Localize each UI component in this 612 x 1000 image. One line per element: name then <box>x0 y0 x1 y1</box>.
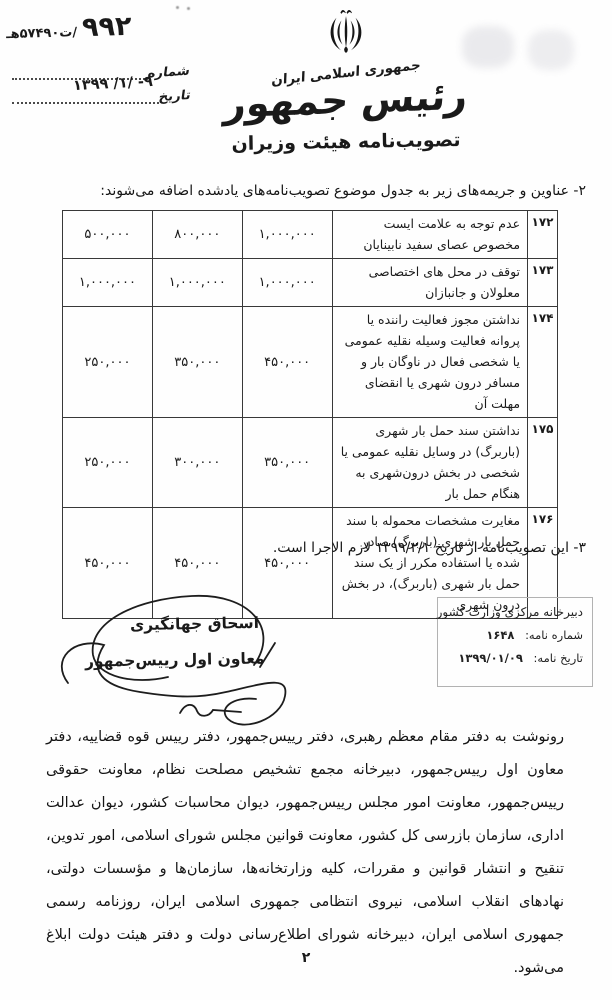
stamp-date-label: تاریخ نامه: <box>534 651 583 665</box>
fine-amount-cell: ۱,۰۰۰,۰۰۰ <box>152 259 242 307</box>
violation-description-cell: توقف در محل های اختصاصی معلولان و جانباز… <box>332 259 527 307</box>
fine-amount-cell: ۵۰۰,۰۰۰ <box>63 211 153 259</box>
fine-amount-cell: ۱,۰۰۰,۰۰۰ <box>242 259 332 307</box>
signer-title: معاون اول رییس‌جمهور <box>85 649 265 670</box>
registry-stamp: دبیرخانه مرکزی وزارت کشور شماره نامه: ۱۶… <box>437 597 593 687</box>
distribution-note: رونوشت به دفتر مقام معظم رهبری، دفتر ریی… <box>46 721 564 985</box>
stamp-date-value: ۱۳۹۹/۰۱/۰۹ <box>458 651 523 665</box>
fine-amount-cell: ۱,۰۰۰,۰۰۰ <box>63 259 153 307</box>
fine-amount-cell: ۳۰۰,۰۰۰ <box>152 418 242 508</box>
stamp-date-row: تاریخ نامه: ۱۳۹۹/۰۱/۰۹ <box>442 651 583 665</box>
fine-amount-cell: ۳۵۰,۰۰۰ <box>242 418 332 508</box>
row-number-cell: ۱۷۴ <box>528 307 558 418</box>
signer-name: اسحاق جهانگیری <box>130 614 259 634</box>
row-number-cell: ۱۷۲ <box>528 211 558 259</box>
table-row: ۱۷۲ عدم توجه به علامت ایست مخصوص عصای سف… <box>63 211 558 259</box>
violation-description-cell: نداشتن مجوز فعالیت راننده یا پروانه فعال… <box>332 307 527 418</box>
fine-amount-cell: ۳۵۰,۰۰۰ <box>152 307 242 418</box>
fine-amount-cell: ۲۵۰,۰۰۰ <box>63 307 153 418</box>
ref-number-suffix: /ت۵۷۴۹۰هـ <box>6 25 77 42</box>
violation-description-cell: عدم توجه به علامت ایست مخصوص عصای سفید ن… <box>332 211 527 259</box>
stamp-number-label: شماره نامه: <box>525 628 583 642</box>
page-number: ۲ <box>0 950 612 966</box>
decree-document-page: ۹۹۲ /ت۵۷۴۹۰هـ شماره تاریخ ۹- /۱/ ۱۳۹۹ <box>0 0 612 1000</box>
row-number-cell: ۱۷۳ <box>528 259 558 307</box>
fines-table: ۱۷۲ عدم توجه به علامت ایست مخصوص عصای سف… <box>62 210 558 619</box>
signature-block: اسحاق جهانگیری معاون اول رییس‌جمهور <box>42 583 327 743</box>
stamp-number-row: شماره نامه: ۱۶۴۸ <box>442 628 583 642</box>
row-number-cell: ۱۷۵ <box>528 418 558 508</box>
stamp-number-value: ۱۶۴۸ <box>486 628 514 642</box>
violation-description-cell: نداشتن سند حمل بار شهری (باربرگ) در وسای… <box>332 418 527 508</box>
document-type-title: تصویب‌نامه هیئت وزیران <box>80 126 612 157</box>
table-row: ۱۷۴ نداشتن مجوز فعالیت راننده یا پروانه … <box>63 307 558 418</box>
clause-2-text: ۲- عناوین و جریمه‌های زیر به جدول موضوع … <box>16 183 586 199</box>
fine-amount-cell: ۱,۰۰۰,۰۰۰ <box>242 211 332 259</box>
stamp-office-line: دبیرخانه مرکزی وزارت کشور <box>442 605 583 619</box>
fine-amount-cell: ۲۵۰,۰۰۰ <box>63 418 153 508</box>
masthead: جمهوری اسلامی ایران رئیس جمهور تصویب‌نام… <box>80 6 612 153</box>
fine-amount-cell: ۴۵۰,۰۰۰ <box>242 307 332 418</box>
clause-3-text: ۳- این تصویب‌نامه از تاریخ ۱۳۹۹/۲/۱ لازم… <box>16 540 586 556</box>
table-row: ۱۷۳ توقف در محل های اختصاصی معلولان و جا… <box>63 259 558 307</box>
fine-amount-cell: ۸۰۰,۰۰۰ <box>152 211 242 259</box>
table-row: ۱۷۵ نداشتن سند حمل بار شهری (باربرگ) در … <box>63 418 558 508</box>
iran-national-emblem-icon <box>317 6 375 62</box>
